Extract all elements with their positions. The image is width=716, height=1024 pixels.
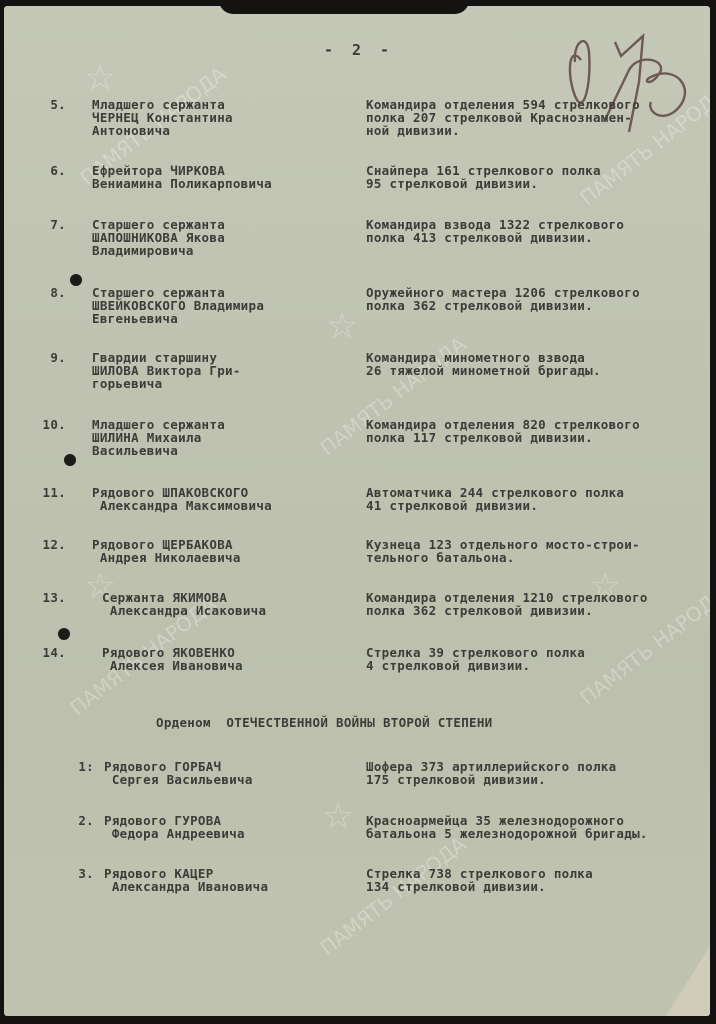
awardee-name: Александра Ивановича bbox=[104, 880, 268, 893]
page-number: - 2 - bbox=[324, 44, 389, 57]
awardee-role: 175 стрелковой дивизии. bbox=[366, 773, 546, 786]
awardee-name: Александра Исаковича bbox=[102, 604, 266, 617]
awardee-role: 4 стрелковой дивизии. bbox=[366, 659, 530, 672]
section-heading: Орденом ОТЕЧЕСТВЕННОЙ ВОЙНЫ ВТОРОЙ СТЕПЕ… bbox=[156, 716, 493, 729]
item-number: 10. bbox=[36, 418, 66, 431]
punch-hole bbox=[58, 628, 70, 640]
awardee-name: Андрея Николаевича bbox=[92, 551, 241, 564]
item-number: 9. bbox=[36, 351, 66, 364]
awardee-role: батальона 5 железнодорожной бригады. bbox=[366, 827, 648, 840]
item-number: 14. bbox=[36, 646, 66, 659]
document-page: ☆ ПАМЯТЬ НАРОДА ПАМЯТЬ НАРОДА ☆ ПАМЯТЬ Н… bbox=[4, 6, 710, 1016]
awardee-patronymic: горьевича bbox=[92, 377, 162, 390]
punch-hole bbox=[64, 454, 76, 466]
awardee-patronymic: Евгеньевича bbox=[92, 312, 178, 325]
awardee-role: ной дивизии. bbox=[366, 124, 460, 137]
awardee-name: Федора Андреевича bbox=[104, 827, 245, 840]
item-number: 7. bbox=[36, 218, 66, 231]
item-number: 3. bbox=[64, 867, 94, 880]
awardee-role: 26 тяжелой минометной бригады. bbox=[366, 364, 601, 377]
awardee-role: полка 362 стрелковой дивизии. bbox=[366, 604, 593, 617]
awardee-patronymic: Владимировича bbox=[92, 244, 194, 257]
scan-edge bbox=[219, 6, 469, 14]
awardee-role: тельного батальона. bbox=[366, 551, 515, 564]
item-number: 2. bbox=[64, 814, 94, 827]
awardee-role: 134 стрелковой дивизии. bbox=[366, 880, 546, 893]
awardee-name: Александра Максимовича bbox=[92, 499, 272, 512]
item-number: 8. bbox=[36, 286, 66, 299]
item-number: 6. bbox=[36, 164, 66, 177]
awardee-name: Алексея Ивановича bbox=[102, 659, 243, 672]
item-number: 11. bbox=[36, 486, 66, 499]
watermark: ПАМЯТЬ НАРОДА bbox=[317, 833, 470, 958]
awardee-patronymic: Васильевича bbox=[92, 444, 178, 457]
awardee-name: Сергея Васильевича bbox=[104, 773, 253, 786]
awardee-role: полка 362 стрелковой дивизии. bbox=[366, 299, 593, 312]
folded-corner bbox=[666, 946, 710, 1016]
awardee-role: полка 117 стрелковой дивизии. bbox=[366, 431, 593, 444]
awardee-role: полка 413 стрелковой дивизии. bbox=[366, 231, 593, 244]
awardee-patronymic: Антоновича bbox=[92, 124, 170, 137]
awardee-role: 41 стрелковой дивизии. bbox=[366, 499, 538, 512]
watermark-star-icon: ☆ bbox=[84, 58, 116, 99]
item-number: 13. bbox=[36, 591, 66, 604]
awardee-name: Вениамина Поликарповича bbox=[92, 177, 272, 190]
item-number: 5. bbox=[36, 98, 66, 111]
punch-hole bbox=[70, 274, 82, 286]
watermark-star-icon: ☆ bbox=[322, 796, 354, 837]
item-number: 12. bbox=[36, 538, 66, 551]
watermark-star-icon: ☆ bbox=[326, 306, 358, 347]
item-number: 1: bbox=[64, 760, 94, 773]
awardee-role: 95 стрелковой дивизии. bbox=[366, 177, 538, 190]
